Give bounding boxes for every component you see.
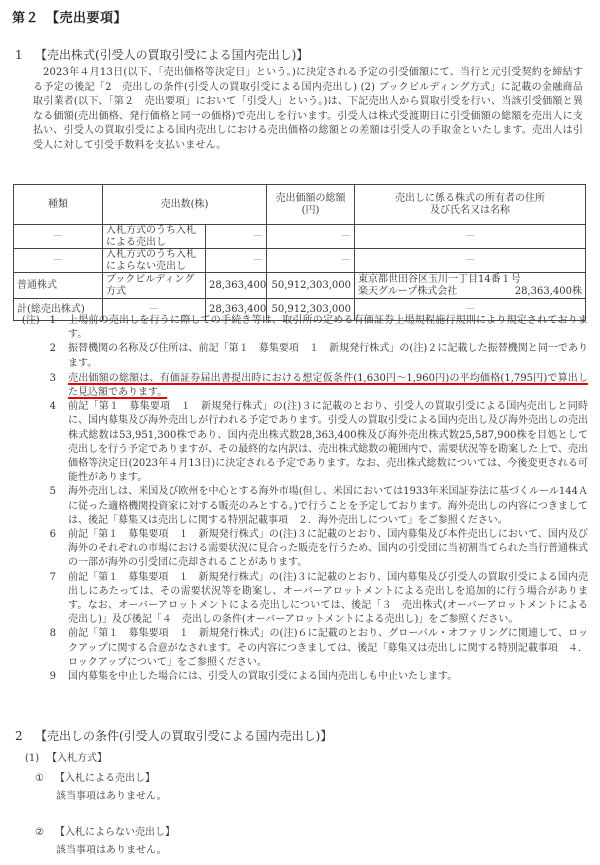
note-text: 前記「第１ 募集要項 １ 新規発行株式」の(注)３に記載のとおり、国内募集及び本…	[68, 528, 588, 571]
section2-heading: 2【売出しの条件(引受人の買取引受による国内売出し)】	[15, 729, 332, 744]
highlighted-note-text: 売出価額の総額は、有価証券届出書提出時における想定仮条件(1,630円～1,96…	[68, 373, 588, 398]
note-text: 前記「第１ 募集要項 １ 新規発行株式」の(注)３に記載のとおり、国内募集及び引…	[68, 571, 588, 628]
note-item: 2 振替機関の名称及び住所は、前記「第１ 募集要項 １ 新規発行株式」の(注)２…	[28, 342, 588, 370]
note-item: 9 国内募集を中止した場合には、引受人の買取引受による国内売出しも中止いたします…	[28, 670, 588, 684]
cell-amount: －	[267, 225, 355, 249]
table-row: － 入札方式のうち入札によらない売出し － － －	[14, 249, 586, 273]
header-type: 種類	[14, 185, 103, 225]
cell-shares: －	[206, 225, 267, 249]
item-1-title: 【入札による売出し】	[55, 773, 155, 784]
cell-type: 普通株式	[14, 273, 103, 299]
section1-number: 1	[15, 48, 35, 63]
notes-label: (注)	[22, 314, 40, 342]
owner-shares: 28,363,400株	[515, 286, 582, 298]
cell-type: －	[14, 225, 103, 249]
cell-method: ブックビルディング方式	[103, 273, 206, 299]
note-number: 5	[50, 485, 56, 528]
section2-title: 【売出しの条件(引受人の買取引受による国内売出し)】	[35, 729, 332, 743]
note-item-highlighted: 3 売出価額の総額は、有価証券届出書提出時における想定仮条件(1,630円～1,…	[28, 372, 588, 400]
header-total-amount: 売出価額の総額 (円)	[267, 185, 355, 225]
note-number: 9	[50, 670, 56, 684]
section1-heading: 1【売出株式(引受人の買取引受による国内売出し)】	[15, 48, 308, 63]
note-number: 2	[50, 342, 56, 370]
item-2-heading: ②【入札によらない売出し】	[35, 826, 175, 841]
subsection-1-title: 【入札方式】	[47, 753, 107, 764]
note-item: 7 前記「第１ 募集要項 １ 新規発行株式」の(注)３に記載のとおり、国内募集及…	[28, 571, 588, 628]
cell-owner: －	[355, 249, 586, 273]
cell-type: －	[14, 249, 103, 273]
note-text: 海外売出しは、米国及び欧州を中心とする海外市場(但し、米国においては1933年米…	[68, 485, 588, 528]
cell-amount: －	[267, 249, 355, 273]
cell-owner: －	[355, 225, 586, 249]
subsection-1-heading: (1)【入札方式】	[25, 752, 107, 767]
note-number: 4	[50, 400, 56, 485]
item-2-title: 【入札によらない売出し】	[55, 827, 175, 838]
note-item: 4 前記「第１ 募集要項 １ 新規発行株式」の(注)３に記載のとおり、引受人の買…	[28, 400, 588, 485]
note-number: 3	[50, 372, 56, 400]
cell-method: 入札方式のうち入札による売出し	[103, 225, 206, 249]
notes-list: (注)1 上場前の売出しを行うに際しての手続き等は、取引所の定める有価証券上場規…	[28, 314, 588, 684]
table-row: － 入札方式のうち入札による売出し － － －	[14, 225, 586, 249]
note-text: 振替機関の名称及び住所は、前記「第１ 募集要項 １ 新規発行株式」の(注)２に記…	[68, 342, 588, 370]
section1-title: 【売出株式(引受人の買取引受による国内売出し)】	[35, 48, 308, 62]
owner-address: 東京都世田谷区玉川一丁目14番１号	[358, 274, 582, 286]
note-item: (注)1 上場前の売出しを行うに際しての手続き等は、取引所の定める有価証券上場規…	[28, 314, 588, 342]
item-1-heading: ①【入札による売出し】	[35, 772, 155, 787]
table-row: 普通株式 ブックビルディング方式 28,363,400 50,912,303,0…	[14, 273, 586, 299]
table-header-row: 種類 売出数(株) 売出価額の総額 (円) 売出しに係る株式の所有者の住所 及び…	[14, 185, 586, 225]
note-item: 8 前記「第１ 募集要項 １ 新規発行株式」の(注)６に記載のとおり、グローバル…	[28, 627, 588, 670]
cell-shares: 28,363,400	[206, 273, 267, 299]
note-item: 5 海外売出しは、米国及び欧州を中心とする海外市場(但し、米国においては1933…	[28, 485, 588, 528]
note-text: 前記「第１ 募集要項 １ 新規発行株式」の(注)６に記載のとおり、グローバル・オ…	[68, 627, 588, 670]
owner-name: 楽天グループ株式会社	[358, 286, 457, 298]
note-number: 1	[50, 314, 56, 342]
note-number: 6	[50, 528, 56, 571]
header-shares: 売出数(株)	[103, 185, 267, 225]
document-page: 第２ 【売出要項】 1【売出株式(引受人の買取引受による国内売出し)】 2023…	[0, 0, 600, 865]
owner-name-line: 楽天グループ株式会社 28,363,400株	[358, 286, 582, 298]
item-2-marker: ②	[35, 826, 55, 841]
subsection-1-label: (1)	[25, 752, 47, 767]
header-owner: 売出しに係る株式の所有者の住所 及び氏名又は名称	[355, 185, 586, 225]
cell-shares: －	[206, 249, 267, 273]
main-heading: 第２ 【売出要項】	[12, 12, 127, 27]
item-1-marker: ①	[35, 772, 55, 787]
note-number: 8	[50, 627, 56, 670]
note-item: 6 前記「第１ 募集要項 １ 新規発行株式」の(注)３に記載のとおり、国内募集及…	[28, 528, 588, 571]
sales-table: 種類 売出数(株) 売出価額の総額 (円) 売出しに係る株式の所有者の住所 及び…	[13, 184, 586, 321]
cell-method: 入札方式のうち入札によらない売出し	[103, 249, 206, 273]
cell-amount: 50,912,303,000	[267, 273, 355, 299]
item-1-text: 該当事項はありません。	[56, 790, 167, 805]
item-2-text: 該当事項はありません。	[56, 844, 167, 859]
note-number: 7	[50, 571, 56, 628]
cell-owner: 東京都世田谷区玉川一丁目14番１号 楽天グループ株式会社 28,363,400株	[355, 273, 586, 299]
note-text: 国内募集を中止した場合には、引受人の買取引受による国内売出しも中止いたします。	[68, 670, 588, 684]
section2-number: 2	[15, 729, 35, 744]
note-text: 前記「第１ 募集要項 １ 新規発行株式」の(注)３に記載のとおり、引受人の買取引…	[68, 400, 588, 485]
section1-paragraph: 2023年４月13日(以下、「売出価格等決定日」という。)に決定される予定の引受…	[33, 66, 583, 153]
note-text: 上場前の売出しを行うに際しての手続き等は、取引所の定める有価証券上場規程施行規則…	[68, 314, 588, 342]
